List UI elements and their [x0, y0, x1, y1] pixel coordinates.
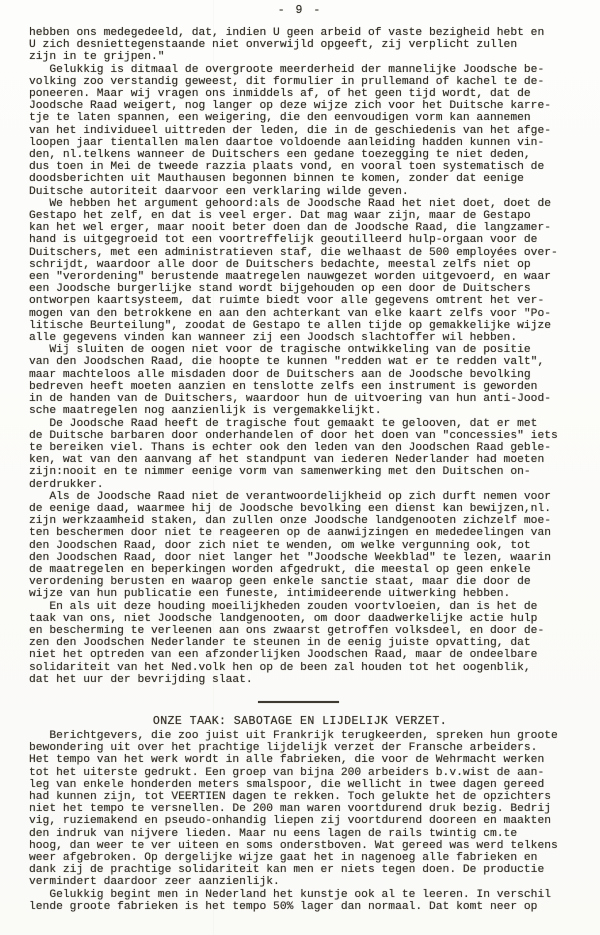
document-page: - 9 - hebben ons medegedeeld, dat, indie… — [0, 0, 600, 935]
page-number: - 9 - — [0, 4, 600, 17]
section-divider — [258, 701, 339, 703]
section-heading: ONZE TAAK: SABOTAGE EN LIJDELIJK VERZET. — [0, 715, 600, 728]
body-text-bottom: Berichtgevers, die zoo juist uit Frankri… — [29, 730, 558, 913]
body-text-top: hebben ons medegedeeld, dat, indien U ge… — [29, 27, 558, 686]
